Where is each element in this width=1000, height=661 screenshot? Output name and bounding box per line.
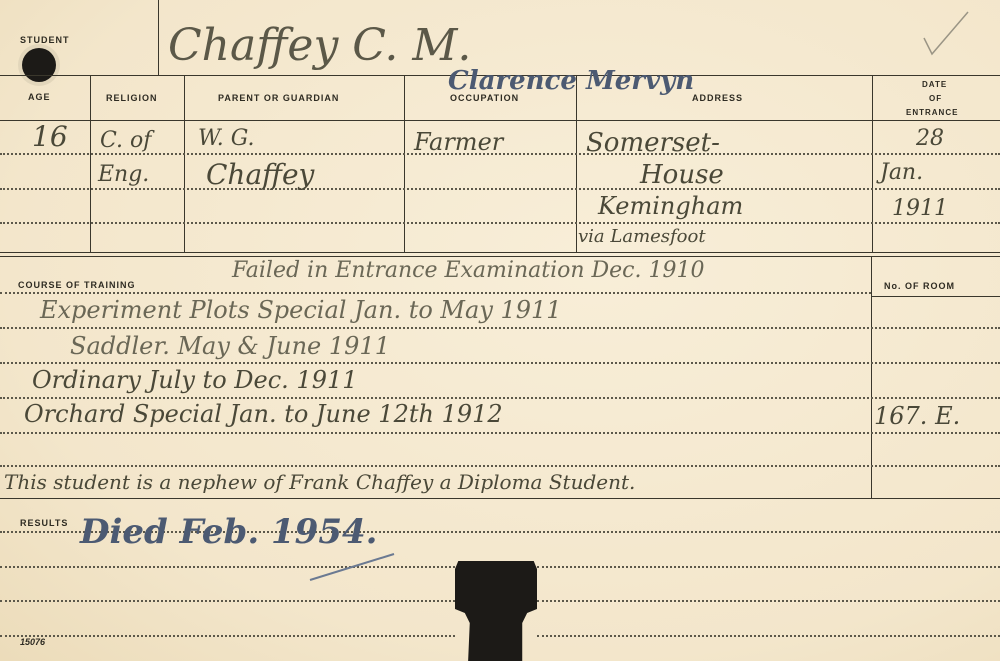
address-line-4: via Lamesfoot <box>578 226 706 247</box>
divider <box>872 75 873 252</box>
address-line-1: Somerset- <box>586 128 720 158</box>
dotted-rule <box>0 635 455 637</box>
religion-label: RELIGION <box>106 93 158 103</box>
course-line-5: Orchard Special Jan. to June 12th 1912 <box>24 400 503 428</box>
dotted-rule <box>537 635 1000 637</box>
room-number: 167. E. <box>874 402 960 430</box>
student-given-names: Clarence Mervyn <box>448 66 694 96</box>
parent-line-1: W. G. <box>198 126 255 151</box>
entrance-month: Jan. <box>880 160 923 185</box>
results-value: Died Feb. 1954. <box>80 512 377 552</box>
divider <box>158 0 159 75</box>
dotted-rule <box>0 327 1000 329</box>
course-line-1: Failed in Entrance Examination Dec. 1910 <box>232 258 704 283</box>
form-number: 15076 <box>20 637 45 647</box>
dotted-rule <box>0 362 1000 364</box>
age-label: AGE <box>28 92 51 102</box>
dotted-rule <box>537 600 1000 602</box>
age-value: 16 <box>32 120 68 153</box>
course-line-3: Saddler. May & June 1911 <box>70 332 390 360</box>
divider <box>871 256 872 498</box>
divider <box>0 256 1000 257</box>
dotted-rule <box>537 566 1000 568</box>
divider <box>404 75 405 252</box>
student-label: STUDENT <box>20 35 70 45</box>
entrance-year: 1911 <box>892 196 948 221</box>
divider <box>0 120 1000 121</box>
divider <box>184 75 185 252</box>
student-surname: Chaffey C. M. <box>168 20 471 71</box>
room-label: No. OF ROOM <box>884 281 955 291</box>
occupation-label: OCCUPATION <box>450 93 519 103</box>
date-label-2: OF <box>929 94 942 103</box>
course-label: COURSE OF TRAINING <box>18 280 136 290</box>
address-line-3: Kemingham <box>598 192 743 220</box>
dotted-rule <box>0 397 1000 399</box>
underline-stroke <box>308 552 398 582</box>
parent-line-2: Chaffey <box>206 158 314 191</box>
results-label: RESULTS <box>20 518 68 528</box>
student-record-card: STUDENT Chaffey C. M. Clarence Mervyn AG… <box>0 0 1000 661</box>
course-line-2: Experiment Plots Special Jan. to May 191… <box>40 296 562 324</box>
date-label-1: DATE <box>922 80 947 89</box>
religion-line-2: Eng. <box>98 162 149 187</box>
parent-label: PARENT OR GUARDIAN <box>218 93 339 103</box>
date-label-3: ENTRANCE <box>906 108 958 117</box>
dotted-rule <box>0 222 1000 224</box>
divider <box>576 75 577 252</box>
dotted-rule <box>0 292 871 294</box>
checkmark-icon <box>922 8 972 58</box>
divider <box>0 498 1000 499</box>
address-line-2: House <box>640 160 724 190</box>
dotted-rule <box>0 600 455 602</box>
course-line-4: Ordinary July to Dec. 1911 <box>32 366 358 394</box>
divider <box>871 296 1000 297</box>
occupation-value: Farmer <box>414 128 503 156</box>
punch-hole <box>22 48 56 82</box>
divider <box>90 75 91 252</box>
sort-notch <box>455 561 537 661</box>
religion-line-1: C. of <box>100 128 151 153</box>
dotted-rule <box>0 465 1000 467</box>
dotted-rule <box>0 188 1000 190</box>
dotted-rule <box>0 432 1000 434</box>
divider <box>0 252 1000 253</box>
note-line: This student is a nephew of Frank Chaffe… <box>4 470 635 494</box>
entrance-day: 28 <box>916 126 944 151</box>
address-label: ADDRESS <box>692 93 743 103</box>
